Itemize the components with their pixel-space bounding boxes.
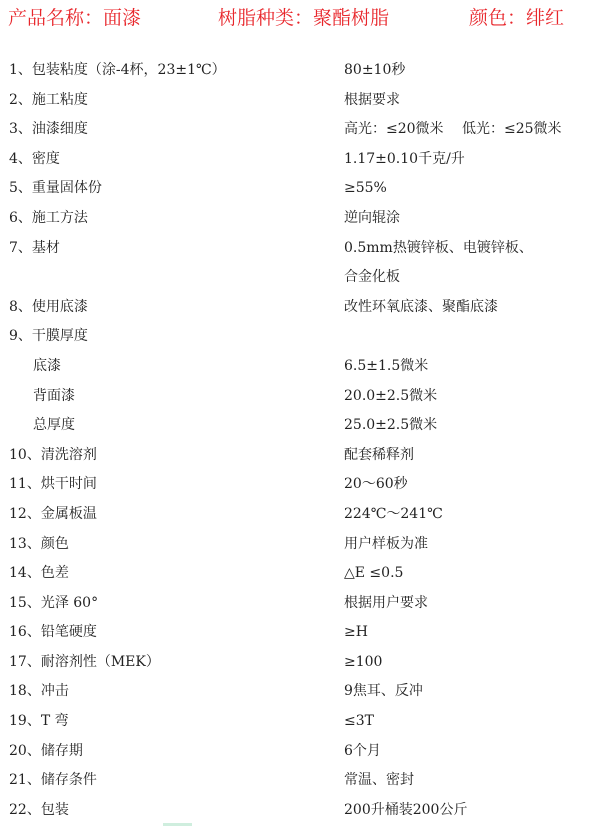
spec-row: 总厚度25.0±2.5微米 — [0, 414, 604, 444]
spec-value: 9焦耳、反冲 — [344, 680, 423, 702]
spec-label: 12、金属板温 — [9, 503, 97, 525]
spec-label: 4、密度 — [9, 148, 60, 170]
spec-label: 8、使用底漆 — [9, 296, 88, 318]
spec-value: 常温、密封 — [344, 769, 414, 791]
spec-row: 17、耐溶剂性（MEK）≥100 — [0, 651, 604, 681]
spec-row: 14、色差△E ≤0.5 — [0, 562, 604, 592]
spec-label: 5、重量固体份 — [9, 177, 102, 199]
spec-value: 6.5±1.5微米 — [344, 355, 428, 377]
spec-value: 25.0±2.5微米 — [344, 414, 437, 436]
spec-value: 合金化板 — [344, 266, 400, 288]
spec-label: 10、清洗溶剂 — [9, 444, 97, 466]
spec-row: 8、使用底漆改性环氧底漆、聚酯底漆 — [0, 296, 604, 326]
spec-value: 根据用户要求 — [344, 592, 428, 614]
spec-row: 16、铅笔硬度≥H — [0, 621, 604, 651]
spec-label: 背面漆 — [33, 385, 75, 407]
spec-row: 21、储存条件常温、密封 — [0, 769, 604, 799]
spec-row: 13、颜色用户样板为准 — [0, 533, 604, 563]
spec-label: 13、颜色 — [9, 533, 69, 555]
spec-label: 11、烘干时间 — [9, 473, 97, 495]
spec-row: 20、储存期6个月 — [0, 740, 604, 770]
spec-label: 底漆 — [33, 355, 61, 377]
spec-label: 16、铅笔硬度 — [9, 621, 97, 643]
spec-value: 224℃～241℃ — [344, 503, 443, 525]
spec-label: 21、储存条件 — [9, 769, 97, 791]
spec-label: 总厚度 — [33, 414, 75, 436]
spec-label: 7、基材 — [9, 237, 60, 259]
spec-value: 0.5mm热镀锌板、电镀锌板、 — [344, 237, 533, 259]
spec-value: △E ≤0.5 — [344, 562, 403, 584]
spec-value: 200升桶装200公斤 — [344, 799, 467, 821]
spec-value: ≥55% — [344, 177, 387, 199]
product-header: 产品名称：面漆 树脂种类：聚酯树脂 颜色：绯红 — [4, 3, 604, 31]
spec-label: 6、施工方法 — [9, 207, 88, 229]
product-color: 颜色：绯红 — [469, 3, 564, 30]
spec-label: 17、耐溶剂性（MEK） — [9, 651, 160, 673]
spec-value: 1.17±0.10千克/升 — [344, 148, 465, 170]
spec-row: 22、包装200升桶装200公斤 — [0, 799, 604, 826]
spec-row: 7、基材0.5mm热镀锌板、电镀锌板、 — [0, 237, 604, 267]
spec-value: 配套稀释剂 — [344, 444, 414, 466]
spec-value: 逆向辊涂 — [344, 207, 400, 229]
spec-row: 背面漆20.0±2.5微米 — [0, 385, 604, 415]
spec-label: 22、包装 — [9, 799, 69, 821]
spec-label: 1、包装粘度（涂-4杯，23±1℃） — [9, 59, 226, 81]
spec-label: 3、油漆细度 — [9, 118, 88, 140]
product-name: 产品名称：面漆 — [8, 3, 141, 30]
spec-row: 3、油漆细度高光：≤20微米 低光：≤25微米 — [0, 118, 604, 148]
spec-row: 11、烘干时间20～60秒 — [0, 473, 604, 503]
spec-value: 20～60秒 — [344, 473, 408, 495]
spec-row: 6、施工方法逆向辊涂 — [0, 207, 604, 237]
spec-row: 10、清洗溶剂配套稀释剂 — [0, 444, 604, 474]
spec-label: 2、施工粘度 — [9, 89, 88, 111]
spec-label: 18、冲击 — [9, 680, 69, 702]
spec-value: ≥100 — [344, 651, 382, 673]
spec-row: 18、冲击9焦耳、反冲 — [0, 680, 604, 710]
spec-row: 9、干膜厚度 — [0, 325, 604, 355]
spec-label: 15、光泽 60° — [9, 592, 98, 614]
spec-value: 高光：≤20微米 低光：≤25微米 — [344, 118, 562, 140]
spec-value: 根据要求 — [344, 89, 400, 111]
spec-row: 15、光泽 60°根据用户要求 — [0, 592, 604, 622]
spec-value: 6个月 — [344, 740, 381, 762]
spec-row: 19、T 弯≤3T — [0, 710, 604, 740]
spec-value: 20.0±2.5微米 — [344, 385, 437, 407]
spec-label: 20、储存期 — [9, 740, 83, 762]
spec-value: ≥H — [344, 621, 368, 643]
spec-label: 9、干膜厚度 — [9, 325, 88, 347]
spec-row: 合金化板 — [0, 266, 604, 296]
spec-row: 5、重量固体份≥55% — [0, 177, 604, 207]
spec-value: 用户样板为准 — [344, 533, 428, 555]
spec-label: 14、色差 — [9, 562, 69, 584]
spec-value: ≤3T — [344, 710, 374, 732]
spec-row: 2、施工粘度根据要求 — [0, 89, 604, 119]
spec-list: 1、包装粘度（涂-4杯，23±1℃）80±10秒2、施工粘度根据要求3、油漆细度… — [0, 59, 604, 826]
spec-value: 80±10秒 — [344, 59, 405, 81]
spec-value: 改性环氧底漆、聚酯底漆 — [344, 296, 498, 318]
spec-row: 12、金属板温224℃～241℃ — [0, 503, 604, 533]
spec-row: 底漆6.5±1.5微米 — [0, 355, 604, 385]
spec-label: 19、T 弯 — [9, 710, 69, 732]
resin-type: 树脂种类：聚酯树脂 — [218, 3, 389, 30]
spec-row: 4、密度1.17±0.10千克/升 — [0, 148, 604, 178]
spec-row: 1、包装粘度（涂-4杯，23±1℃）80±10秒 — [0, 59, 604, 89]
